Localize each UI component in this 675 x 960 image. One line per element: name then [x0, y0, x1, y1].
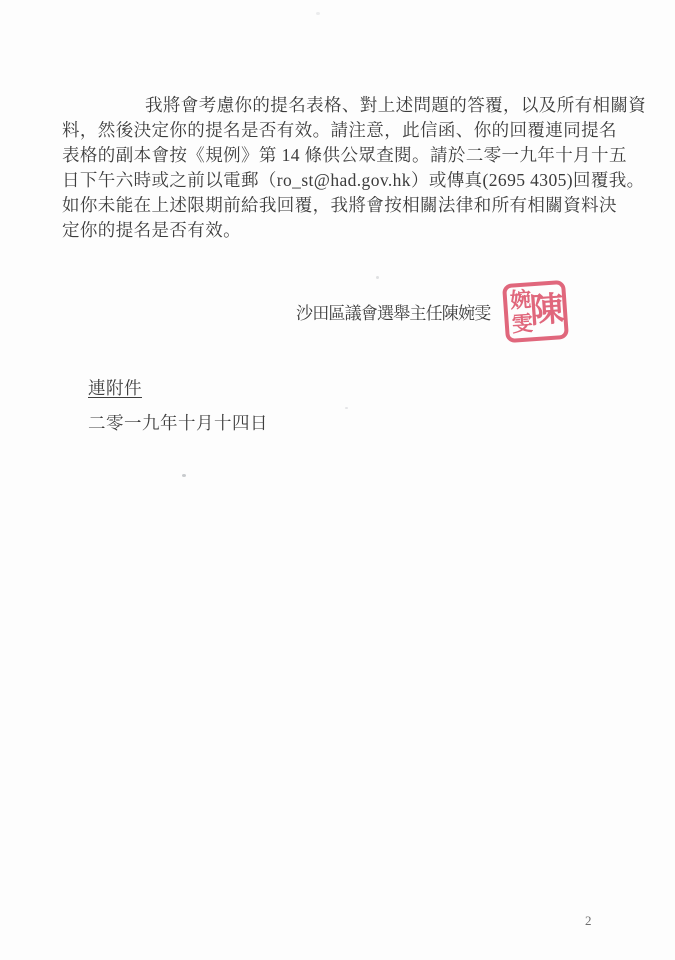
- page-number: 2: [585, 913, 592, 929]
- body-line-1: 我將會考慮你的提名表格、對上述問題的答覆，以及所有相關資: [62, 93, 618, 118]
- body-line-2: 料，然後決定你的提名是否有效。請注意，此信函、你的回覆連同提名: [62, 118, 618, 143]
- body-line-5: 如你未能在上述限期前給我回覆，我將會按相關法律和所有相關資料決: [62, 193, 618, 218]
- scan-speck: [316, 12, 320, 15]
- signature-line: 沙田區議會選舉主任陳婉雯: [296, 299, 490, 324]
- scan-speck: [345, 407, 348, 409]
- scanned-letter-page: 我將會考慮你的提名表格、對上述問題的答覆，以及所有相關資 料，然後決定你的提名是…: [0, 0, 675, 960]
- body-line-6: 定你的提名是否有效。: [62, 218, 618, 243]
- body-line-3: 表格的副本會按《規例》第 14 條供公眾查閱。請於二零一九年十月十五: [62, 143, 618, 168]
- scan-speck: [182, 474, 186, 477]
- seal-right-column: 陳: [530, 286, 563, 335]
- letter-body-paragraph: 我將會考慮你的提名表格、對上述問題的答覆，以及所有相關資 料，然後決定你的提名是…: [62, 93, 618, 243]
- seal-char-right: 陳: [529, 293, 565, 329]
- body-line-4: 日下午六時或之前以電郵（ro_st@had.gov.hk）或傳真(2695 43…: [62, 168, 618, 193]
- letter-date: 二零一九年十月十四日: [88, 410, 268, 435]
- scan-speck: [376, 276, 379, 279]
- enclosure-note: 連附件: [88, 375, 142, 400]
- name-seal-stamp: 婉 雯 陳: [502, 280, 569, 343]
